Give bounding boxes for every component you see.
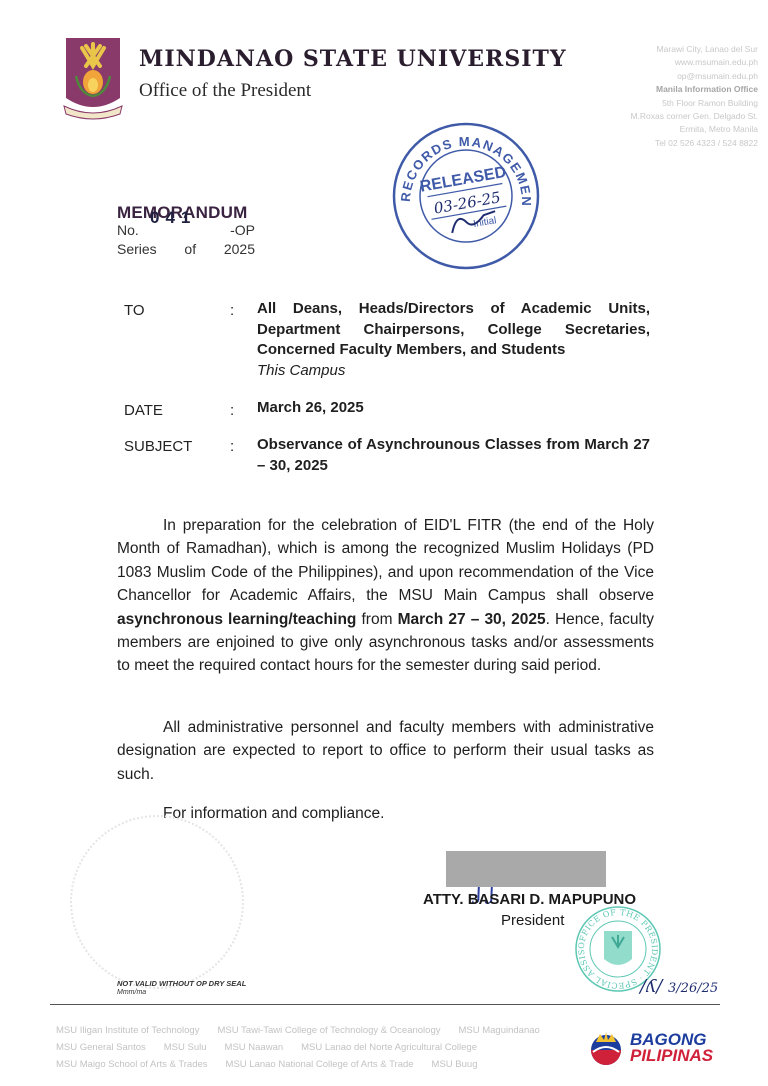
contact-line: M.Roxas corner Gen. Delgado St. (548, 110, 758, 123)
date-separator: : (230, 402, 234, 419)
contact-line: Tel 02 526 4323 / 524 8822 (548, 137, 758, 150)
memo-number-line: No. -OP (117, 222, 255, 238)
memo-series-label: Series (117, 241, 157, 257)
subject-value: Observance of Asynchrounous Classes from… (257, 435, 650, 476)
campus-list: MSU Iligan Institute of Technology MSU T… (56, 1022, 576, 1073)
campus-item: MSU Lanao National College of Arts & Tra… (226, 1056, 414, 1073)
validity-notice: NOT VALID WITHOUT OP DRY SEAL Mmm/ma (117, 979, 246, 997)
bagong-pilipinas-wordmark: BAGONG PILIPINAS (630, 1032, 713, 1064)
campus-item: MSU Maigo School of Arts & Trades (56, 1056, 208, 1073)
signature-redaction (446, 851, 606, 887)
contact-line: op@msumain.edu.ph (548, 70, 758, 83)
campus-item: MSU Sulu (164, 1039, 207, 1056)
p1-emphasis-mode: asynchronous learning/teaching (117, 611, 356, 628)
typist-initials: Mmm/ma (117, 988, 246, 997)
body-paragraph-1: In preparation for the celebration of EI… (117, 514, 654, 678)
campus-item: MSU Maguindanao (458, 1022, 539, 1039)
campus-item: MSU Naawan (225, 1039, 284, 1056)
validity-notice-text: NOT VALID WITHOUT OP DRY SEAL (117, 979, 246, 988)
records-released-stamp: RECORDS MANAGEMENT OFFICE RELEASED 03-26… (388, 118, 544, 274)
contact-line: Ermita, Metro Manila (548, 123, 758, 136)
contact-line: 5th Floor Ramon Building (548, 97, 758, 110)
campus-item: MSU Lanao del Norte Agricultural College (301, 1039, 477, 1056)
contact-line: www.msumain.edu.ph (548, 56, 758, 69)
to-recipients: All Deans, Heads/Directors of Academic U… (257, 299, 650, 381)
to-recipients-text: All Deans, Heads/Directors of Academic U… (257, 299, 650, 361)
p1-emphasis-dates: March 27 – 30, 2025 (398, 611, 546, 628)
to-label: TO (124, 302, 145, 319)
memo-series-line: Series of 2025 (117, 241, 255, 257)
signatory-title: President (501, 912, 564, 929)
to-separator: : (230, 302, 234, 319)
campus-item: MSU Tawi-Tawi College of Technology & Oc… (217, 1022, 440, 1039)
p1-text: from (356, 611, 397, 628)
memo-number-label: No. (117, 222, 139, 238)
memo-series-year: 2025 (224, 241, 255, 257)
initial-date: 3/26/25 (668, 981, 718, 996)
body-paragraph-3: For information and compliance. (117, 802, 654, 825)
campus-item: MSU Buug (432, 1056, 478, 1073)
brand-line-2: PILIPINAS (630, 1048, 713, 1064)
faint-embossed-seal (70, 815, 244, 989)
to-campus: This Campus (257, 361, 650, 382)
university-name: MINDANAO STATE UNIVERSITY (139, 46, 567, 72)
contact-line: Marawi City, Lanao del Sur (548, 43, 758, 56)
memo-number-suffix: -OP (230, 222, 255, 238)
footer-divider (50, 1004, 720, 1005)
p1-text: In preparation for the celebration of EI… (117, 517, 654, 604)
bagong-pilipinas-logo-icon (588, 1030, 624, 1066)
date-label: DATE (124, 402, 163, 419)
body-paragraph-2: All administrative personnel and faculty… (117, 716, 654, 786)
memo-series-of: of (184, 241, 196, 257)
campus-item: MSU Iligan Institute of Technology (56, 1022, 199, 1039)
manila-office-heading: Manila Information Office (548, 83, 758, 96)
initial-date-handwritten: /ʎ/ 3/26/25 (640, 976, 718, 997)
subject-label: SUBJECT (124, 438, 192, 455)
campus-item: MSU General Santos (56, 1039, 146, 1056)
date-value: March 26, 2025 (257, 398, 650, 419)
subject-separator: : (230, 438, 234, 455)
office-name: Office of the President (139, 80, 311, 102)
contact-block: Marawi City, Lanao del Sur www.msumain.e… (548, 43, 758, 150)
msu-seal-icon (62, 36, 124, 120)
